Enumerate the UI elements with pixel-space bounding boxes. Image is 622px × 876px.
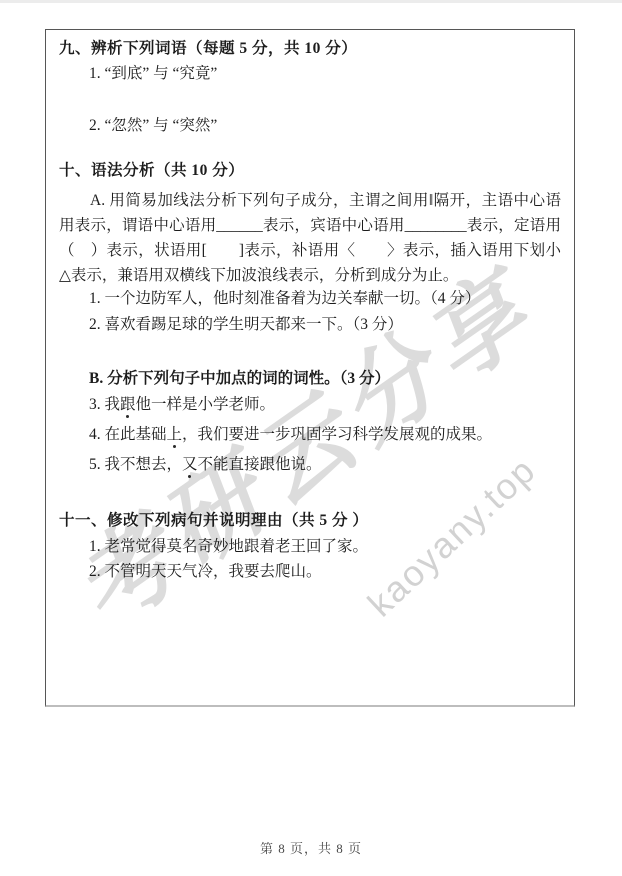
section11-heading: 十一、修改下列病句并说明理由（共 5 分 ） [59, 512, 561, 530]
item4-text-pre: 4. 在此基础 [89, 426, 167, 443]
item5-emphasized-char: 又 [182, 456, 198, 474]
scan-edge-artifact [0, 0, 622, 3]
section10-part-b-heading: B. 分析下列句子中加点的词的词性。（3 分） [59, 370, 561, 388]
item4-text-post: ，我们要进一步巩固学习科学发展观的成果。 [182, 426, 492, 443]
item3-emphasized-char: 跟 [120, 396, 136, 414]
section10-item-3: 3. 我跟他一样是小学老师。 [59, 396, 561, 414]
section10-part-a-instructions: A. 用简易加线法分析下列句子成分，主谓之间用‖隔开，主语中心语用表示，谓语中心… [59, 188, 561, 288]
section11-item-1: 1. 老常觉得莫名奇妙地跟着老王回了家。 [59, 538, 561, 556]
item3-text-pre: 3. 我 [89, 396, 120, 413]
section11-item-2: 2. 不管明天天气冷，我要去爬山。 [59, 563, 561, 581]
section9-item-2: 2. “忽然” 与 “突然” [59, 117, 561, 135]
section9-heading: 九、辨析下列词语（每题 5 分，共 10 分） [59, 40, 561, 58]
section10-item-2: 2. 喜欢看踢足球的学生明天都来一下。（3 分） [59, 316, 561, 334]
item3-text-post: 他一样是小学老师。 [136, 396, 276, 413]
section10-item-4: 4. 在此基础上，我们要进一步巩固学习科学发展观的成果。 [59, 426, 561, 444]
section10-item-1: 1. 一个边防军人，他时刻准备着为边关奉献一切。（4 分） [59, 290, 561, 308]
item4-emphasized-char: 上 [167, 426, 183, 444]
section10-heading: 十、语法分析（共 10 分） [59, 162, 561, 180]
item5-text-pre: 5. 我不想去， [89, 456, 182, 473]
item5-text-post: 不能直接跟他说。 [198, 456, 322, 473]
section10-item-5: 5. 我不想去，又不能直接跟他说。 [59, 456, 561, 474]
section9-item-1: 1. “到底” 与 “究竟” [59, 65, 561, 83]
page-number-footer: 第 8 页，共 8 页 [0, 838, 622, 857]
exam-page-frame: 九、辨析下列词语（每题 5 分，共 10 分） 1. “到底” 与 “究竟” 2… [45, 29, 575, 707]
